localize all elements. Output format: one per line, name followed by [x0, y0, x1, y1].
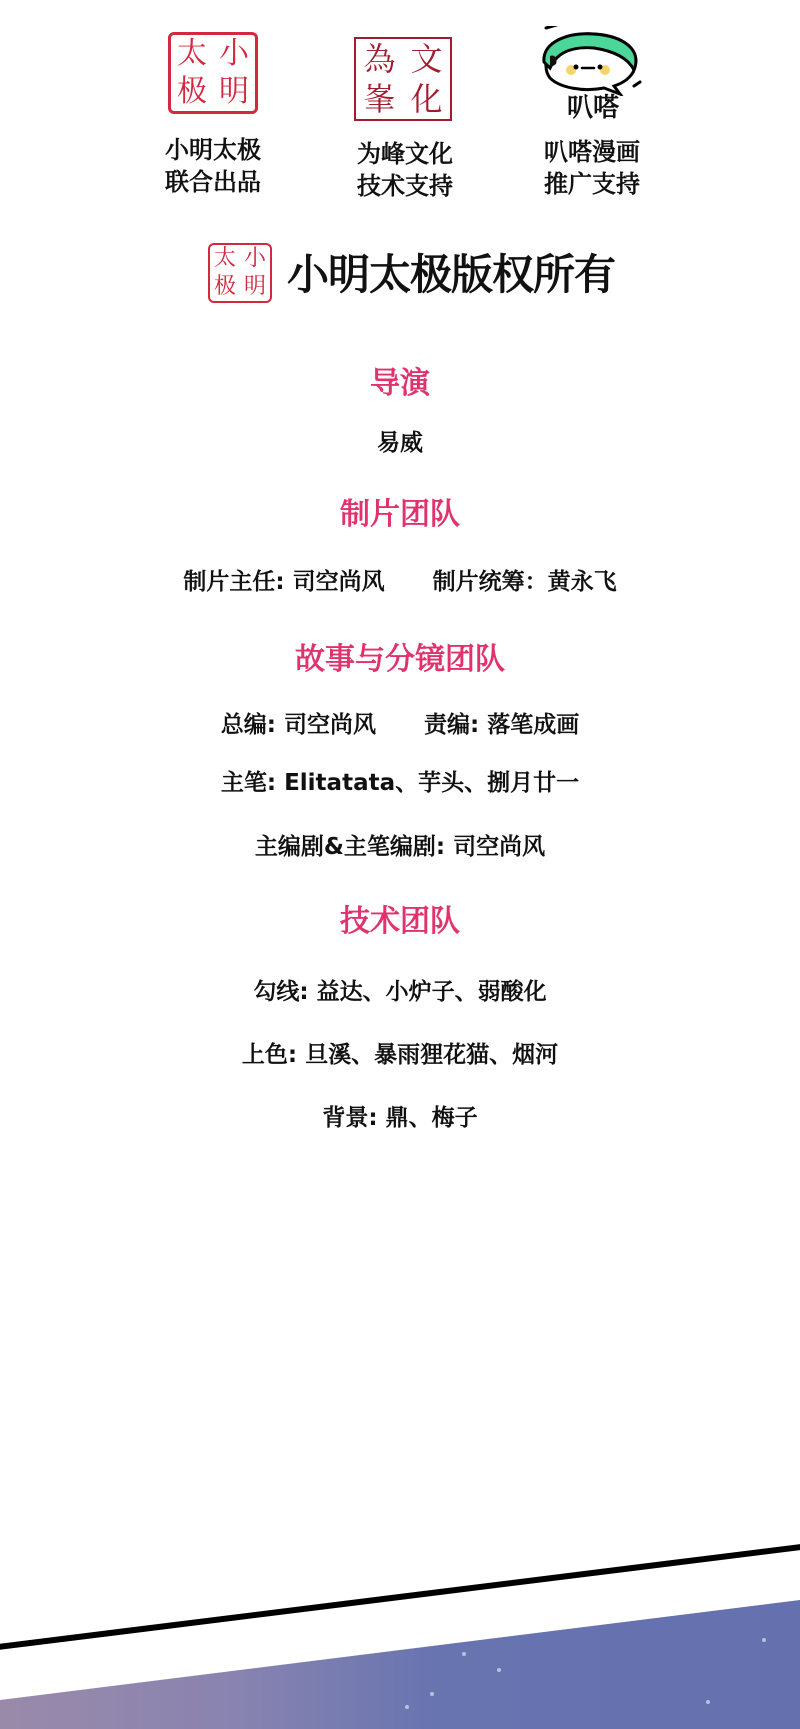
credit-line-background: 背景: 鼎、梅子: [0, 1102, 800, 1134]
credit-line-lineart: 勾线: 益达、小炉子、弱酸化: [0, 976, 800, 1008]
seal-char: 化: [403, 83, 450, 115]
seal-char: 文: [403, 43, 450, 75]
seal-char: 极: [210, 276, 240, 298]
credit-line-lead-artists: 主笔: Elitatata、芋头、捌月廿一: [0, 767, 800, 799]
copyright-text: 小明太极版权所有: [287, 250, 615, 300]
caption-line: 技术支持: [340, 170, 470, 202]
caption-line: 叭嗒漫画: [527, 136, 657, 168]
comic-panel-preview: [0, 1560, 800, 1729]
caption-line: 推广支持: [527, 168, 657, 200]
bada-manhua-logo: 叭嗒: [538, 26, 644, 122]
caption-line: 为峰文化: [340, 138, 470, 170]
heading-director: 导演: [0, 364, 800, 404]
bada-logo-text: 叭嗒: [548, 94, 638, 122]
credit-line-coloring: 上色: 旦溪、暴雨狸花猫、烟河: [0, 1039, 800, 1071]
heading-technical-team: 技术团队: [0, 902, 800, 942]
credit-line-editors: 总编: 司空尚风 责编: 落笔成画: [0, 709, 800, 741]
caption-line: 联合出品: [148, 166, 278, 198]
heading-production-team: 制片团队: [0, 495, 800, 535]
seal-char: 极: [171, 77, 213, 107]
seal-char: 太: [171, 39, 213, 69]
credit-line-director: 易威: [0, 427, 800, 459]
bada-manhua-caption: 叭嗒漫画 推广支持: [527, 136, 657, 200]
seal-char: 太: [210, 248, 240, 270]
copyright-seal-logo: 太 极 小 明: [208, 243, 272, 303]
credit-line-production: 制片主任: 司空尚风 制片统筹：黄永飞: [0, 566, 800, 598]
seal-char: 明: [213, 77, 255, 107]
seal-char: 峯: [356, 83, 403, 115]
seal-char: 明: [240, 276, 270, 298]
credit-line-writers: 主编剧&主笔编剧: 司空尚风: [0, 831, 800, 863]
heading-story-storyboard-team: 故事与分镜团队: [0, 640, 800, 680]
seal-char: 小: [213, 39, 255, 69]
xiaoming-taiji-caption: 小明太极 联合出品: [148, 134, 278, 198]
seal-char: 為: [356, 43, 403, 75]
caption-line: 小明太极: [148, 134, 278, 166]
bada-mascot-icon: [538, 26, 644, 96]
weifeng-culture-caption: 为峰文化 技术支持: [340, 138, 470, 202]
weifeng-culture-seal-logo: 為 峯 文 化: [354, 37, 452, 121]
xiaoming-taiji-seal-logo: 太 极 小 明: [168, 32, 258, 114]
seal-char: 小: [240, 248, 270, 270]
